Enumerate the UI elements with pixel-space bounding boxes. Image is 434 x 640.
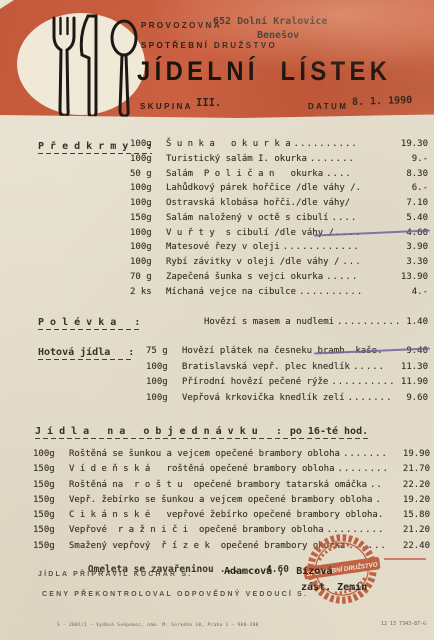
menu-item-price: 9.- — [412, 152, 428, 167]
menu-item-name: V u ř t y s cibulí /dle váhy /. — [166, 226, 339, 241]
menu-item-name: Přírodní hovězí pečené rýže — [182, 375, 328, 391]
menu-item-row: 100gV u ř t y s cibulí /dle váhy /....4.… — [130, 226, 428, 241]
menu-item-row: 100gPřírodní hovězí pečené rýže.........… — [146, 375, 428, 391]
menu-header: PROVOZOVNA 652 Dolní Kralovice Benešov S… — [0, 0, 434, 118]
menu-item-price: 21.70 — [403, 462, 430, 477]
datum-label: DATUM — [308, 102, 348, 111]
menu-item-row: Hovězí s masem a nudlemi..........1.40 — [168, 315, 428, 330]
menu-item-row: 150gC i k á n s k é vepřové žebírko opeč… — [33, 508, 430, 523]
menu-item-row: 2 ksMíchaná vejce na cibulce..........4.… — [130, 285, 428, 300]
menu-item-row: 50 gSalám P o l i č a n okurka....8.30 — [130, 167, 428, 182]
menu-item-name: V í d e ň s k á roštěná opečené brambory… — [69, 462, 335, 477]
menu-item-dots — [386, 508, 400, 523]
menu-item-qty: 150g — [130, 211, 166, 226]
organization-label: SPOTŘEBNÍ DRUŽSTVO — [141, 41, 277, 50]
menu-item-price: 7.10 — [406, 196, 428, 211]
menu-item-name: Turistický salám I. okurka — [166, 152, 307, 167]
menu-item-name: Salám P o l i č a n okurka — [166, 167, 323, 182]
menu-item-name: Vepřová krkovička knedlík zelí — [182, 391, 345, 407]
menu-item-name: Roštěná na r o š t u opečené brambory ta… — [69, 478, 367, 493]
menu-item-qty: 100g — [146, 391, 182, 407]
print-info-left: S - 2001/1 — Vydává Svépomoc, nám. M. Go… — [57, 623, 259, 628]
menu-item-dots: ..... — [353, 360, 398, 376]
menu-item-price: 8.30 — [406, 167, 428, 182]
section-items-soup: Hovězí s masem a nudlemi..........1.40 — [168, 315, 428, 330]
menu-item-price: 19.90 — [403, 447, 430, 462]
menu-item-name: Vepřové r a ž n i č i opečené brambory o… — [69, 523, 324, 538]
menu-item-row: 150gRoštěná na r o š t u opečené brambor… — [33, 478, 430, 493]
menu-item-dots: ..... — [326, 270, 398, 285]
menu-item-row: 100gLahůdkový párek hořčice /dle váhy /.… — [130, 181, 428, 196]
menu-item-price: 19.30 — [401, 137, 428, 152]
menu-item-qty: 150g — [33, 478, 69, 493]
menu-item-qty: 150g — [33, 493, 69, 508]
menu-item-name: Zapečená šunka s vejci okurka — [166, 270, 323, 285]
menu-item-price: 22.20 — [403, 478, 430, 493]
page-title: JÍDELNÍ LÍSTEK — [137, 56, 391, 87]
menu-item-row: 150gV í d e ň s k á roštěná opečené bram… — [33, 462, 430, 477]
menu-item-price: 4.- — [412, 285, 428, 300]
menu-item-qty: 2 ks — [130, 285, 166, 300]
menu-item-name: Hovězí s masem a nudlemi — [204, 315, 334, 330]
menu-item-price: 11.90 — [401, 375, 428, 391]
menu-item-row: 150gVepř. žebírko se šunkou a vejcem ope… — [33, 493, 430, 508]
menu-item-dots — [364, 181, 409, 196]
menu-item-dots — [385, 344, 403, 360]
menu-item-name: Roštěná se šunkou a vejcem opečené bramb… — [69, 447, 340, 462]
menu-item-name: Ostravská klobása hořči./dle váhy/ — [166, 196, 350, 211]
menu-item-row: 100gŠ u n k a o k u r k a..........19.30 — [130, 137, 428, 152]
menu-item-name: Š u n k a o k u r k a — [166, 137, 291, 152]
menu-item-price: 5.40 — [406, 211, 428, 226]
menu-item-name: Salám naložený v octě s cibulí — [166, 211, 329, 226]
skupina-value: III. — [196, 97, 221, 109]
menu-item-qty: 150g — [33, 462, 69, 477]
print-info-right: 12 13 7343-87-G — [381, 621, 426, 627]
menu-item-row: 100gTuristický salám I. okurka.......9.- — [130, 152, 428, 167]
menu-item-name: Lahůdkový párek hořčice /dle váhy /. — [166, 181, 361, 196]
menu-item-price: 13.90 — [401, 270, 428, 285]
checked-by-label: CENY PŘEKONTROLOVAL ODPOVĚDNÝ VEDOUCÍ S. — [42, 591, 308, 598]
menu-item-row: 100gBratislavská vepř. plec knedlík.....… — [146, 360, 428, 376]
prepared-by-value: Adamcová , Bízová — [224, 566, 332, 577]
menu-item-qty: 100g — [130, 181, 166, 196]
provozovna-city: Benešov — [257, 30, 299, 41]
menu-item-price: 19.20 — [403, 493, 430, 508]
section-items-ready-meals: 75 gHovězí plátek na česneku bramb. kaše… — [146, 344, 428, 406]
menu-item-row: 75 gHovězí plátek na česneku bramb. kaše… — [146, 344, 428, 360]
section-heading-note: po 16-té hod. — [282, 426, 368, 437]
menu-item-dots: . — [375, 493, 399, 508]
menu-item-price: 21.20 — [403, 523, 430, 538]
menu-item-price: 1.40 — [406, 315, 428, 330]
menu-item-qty: 100g — [130, 240, 166, 255]
menu-item-price: 9.40 — [406, 344, 428, 360]
menu-item-price: 6.- — [412, 181, 428, 196]
menu-item-name: Bratislavská vepř. plec knedlík — [182, 360, 350, 376]
provozovna-label: PROVOZOVNA — [141, 21, 222, 30]
menu-item-dots: ....... — [310, 152, 409, 167]
menu-item-qty: 100g — [146, 360, 182, 376]
menu-item-price: 9.60 — [406, 391, 428, 407]
menu-item-name: C i k á n s k é vepřové žebírko opečené … — [69, 508, 383, 523]
menu-item-price: 11.30 — [401, 360, 428, 376]
skupina-label: SKUPINA — [140, 102, 193, 111]
menu-item-row: 150gSalám naložený v octě s cibulí....5.… — [130, 211, 428, 226]
menu-item-qty: 100g — [146, 375, 182, 391]
menu-item-dots: .......... — [337, 315, 403, 330]
menu-item-qty: 100g — [130, 226, 166, 241]
menu-item-qty: 100g — [33, 447, 69, 462]
menu-item-qty: 100g — [130, 255, 166, 270]
menu-item-qty: 75 g — [146, 344, 182, 360]
section-heading-text: J í d l a n a o b j e d n á v k u : — [35, 426, 282, 437]
section-heading-made-to-order: J í d l a n a o b j e d n á v k u :po 16… — [35, 426, 368, 439]
prepared-by-label: JÍDLA PŘIPRAVIL KUCHAŘ S. — [38, 571, 192, 578]
section-heading-ready-meals: Hotová jídla : — [38, 347, 134, 360]
menu-item-row: 100gVepřová krkovička knedlík zelí......… — [146, 391, 428, 407]
menu-item-row: 100gOstravská klobása hořči./dle váhy/7.… — [130, 196, 428, 211]
menu-item-row: 100gRybí závitky v oleji /dle váhy /...3… — [130, 255, 428, 270]
menu-item-dots: ... — [342, 226, 403, 241]
menu-item-dots: ... — [342, 255, 403, 270]
menu-item-qty: 150g — [33, 523, 69, 538]
menu-page: PROVOZOVNA 652 Dolní Kralovice Benešov S… — [0, 0, 434, 640]
menu-item-name: Hovězí plátek na česneku bramb. kaše. — [182, 344, 382, 360]
section-heading-soup: P o l é v k a : — [38, 317, 140, 330]
menu-item-row: 100gRoštěná se šunkou a vejcem opečené b… — [33, 447, 430, 462]
menu-item-dots: ....... — [343, 447, 400, 462]
menu-item-dots: .......... — [331, 375, 398, 391]
menu-item-price: 3.90 — [406, 240, 428, 255]
checked-by-value: zást. Zemín — [301, 582, 367, 593]
menu-item-qty: 70 g — [130, 270, 166, 285]
menu-item-name: Matesové řezy v oleji — [166, 240, 280, 255]
menu-item-dots: ............ — [283, 240, 404, 255]
menu-item-name: Vepř. žebírko se šunkou a vejcem opečené… — [69, 493, 372, 508]
menu-item-name: Rybí závitky v oleji /dle váhy / — [166, 255, 339, 270]
menu-item-dots: .... — [332, 211, 404, 226]
menu-item-row: 70 gZapečená šunka s vejci okurka.....13… — [130, 270, 428, 285]
menu-item-price: 15.80 — [403, 508, 430, 523]
menu-item-name: Míchaná vejce na cibulce — [166, 285, 296, 300]
menu-item-dots: ........ — [338, 462, 400, 477]
menu-item-qty: 100g — [130, 137, 166, 152]
menu-item-row: 100gMatesové řezy v oleji............3.9… — [130, 240, 428, 255]
stamp-dash-mark — [384, 558, 426, 560]
menu-item-dots: .......... — [299, 285, 409, 300]
menu-item-price: 4.60 — [406, 226, 428, 241]
menu-item-dots: ....... — [348, 391, 404, 407]
section-items-starters: 100gŠ u n k a o k u r k a..........19.30… — [130, 137, 428, 299]
provozovna-value: 652 Dolní Kralovice — [213, 16, 327, 27]
menu-item-dots: .... — [326, 167, 403, 182]
menu-item-qty: 150g — [33, 508, 69, 523]
menu-item-price: 22.40 — [403, 539, 430, 554]
menu-item-qty: 50 g — [130, 167, 166, 182]
menu-item-qty: 100g — [130, 152, 166, 167]
menu-item-price: 3.30 — [406, 255, 428, 270]
cutlery-icon — [24, 6, 152, 122]
menu-item-dots: .. — [370, 478, 400, 493]
menu-item-qty: 100g — [130, 196, 166, 211]
menu-item-qty: 150g — [33, 539, 69, 554]
menu-item-qty — [168, 315, 204, 330]
datum-value: 8. 1. 1990 — [352, 95, 413, 108]
menu-item-dots — [353, 196, 403, 211]
menu-item-dots: .......... — [294, 137, 398, 152]
